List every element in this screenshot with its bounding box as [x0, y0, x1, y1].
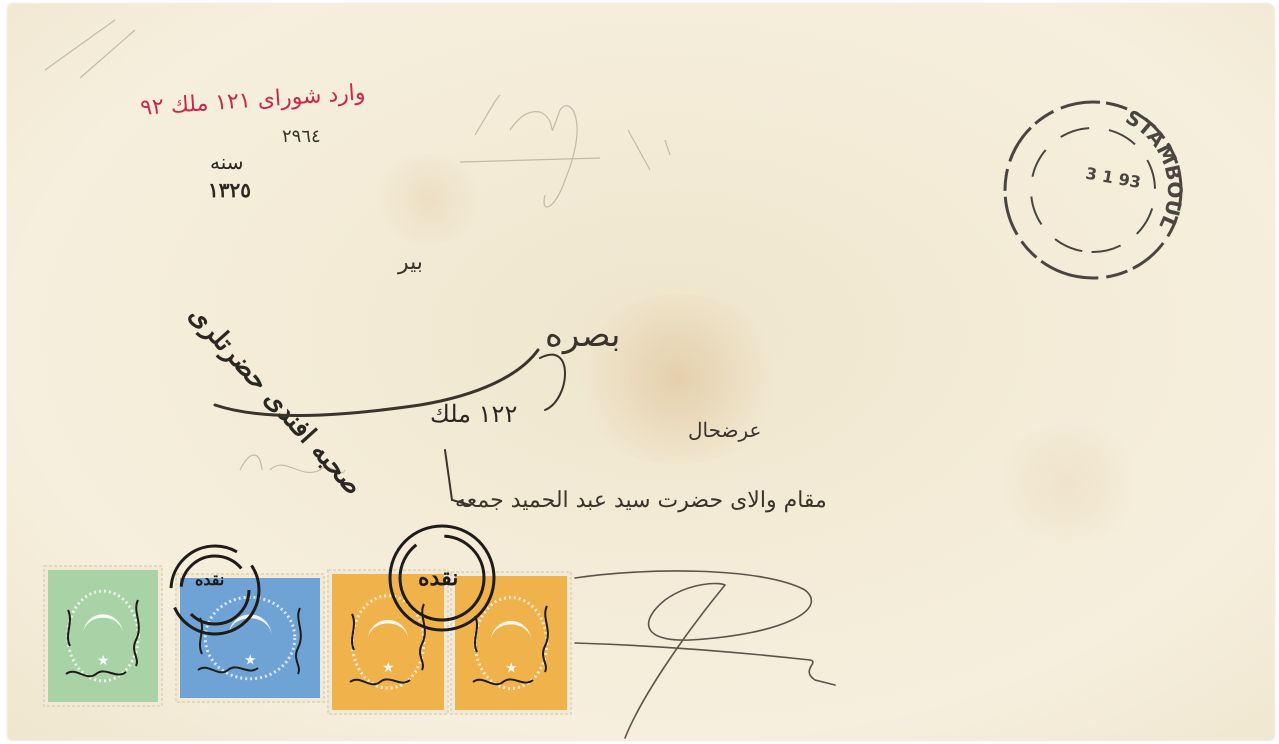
svg-text:نقده: نقده [195, 570, 224, 589]
svg-text:نقده: نقده [418, 565, 458, 591]
cancel-marks: نقده نقده [0, 0, 1279, 744]
